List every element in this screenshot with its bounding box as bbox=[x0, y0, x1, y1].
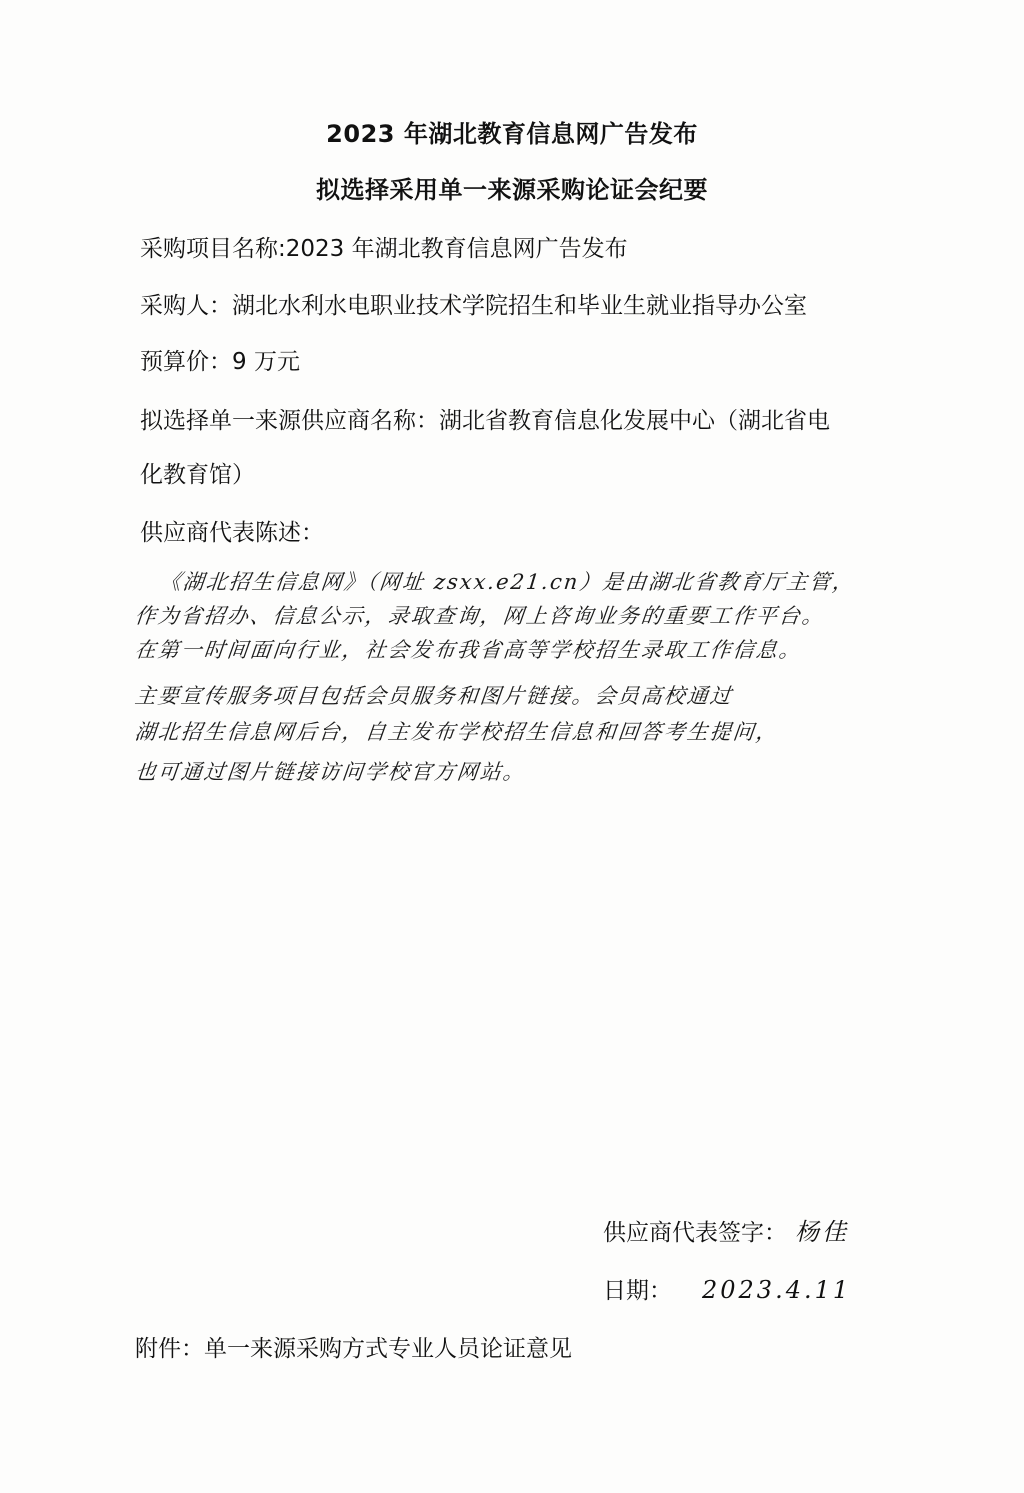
document-title-line2: 拟选择采用单一来源采购论证会纪要 bbox=[0, 170, 1024, 205]
attachment-note: 附件：单一来源采购方式专业人员论证意见 bbox=[135, 1330, 572, 1363]
signature-label: 供应商代表签字： bbox=[603, 1220, 787, 1246]
handwritten-line: 湖北招生信息网后台，自主发布学校招生信息和回答考生提问， bbox=[133, 716, 780, 746]
supplier-field-line2: 化教育馆） bbox=[140, 456, 255, 489]
signature-name: 杨佳 bbox=[795, 1218, 849, 1246]
document-page: 2023 年湖北教育信息网广告发布 拟选择采用单一来源采购论证会纪要 采购项目名… bbox=[0, 0, 1024, 1493]
budget-field: 预算价：9 万元 bbox=[140, 343, 300, 376]
document-title-line1: 2023 年湖北教育信息网广告发布 bbox=[0, 114, 1024, 149]
handwritten-line: 主要宣传服务项目包括会员服务和图片链接。会员高校通过 bbox=[133, 680, 734, 710]
handwritten-line: 《湖北招生信息网》（网址 zsxx.e21.cn）是由湖北省教育厅主管， bbox=[158, 566, 857, 596]
handwritten-line: 作为省招办、信息公示，录取查询，网上咨询业务的重要工作平台。 bbox=[133, 600, 826, 630]
signature-row: 供应商代表签字：杨佳 bbox=[603, 1212, 849, 1247]
date-label: 日期： bbox=[603, 1278, 672, 1304]
supplier-field-line1: 拟选择单一来源供应商名称：湖北省教育信息化发展中心（湖北省电 bbox=[140, 402, 830, 435]
statement-label: 供应商代表陈述： bbox=[140, 514, 324, 547]
date-row: 日期：2023.4.11 bbox=[603, 1272, 851, 1305]
project-name-field: 采购项目名称:2023 年湖北教育信息网广告发布 bbox=[140, 230, 628, 263]
handwritten-line: 也可通过图片链接访问学校官方网站。 bbox=[133, 756, 527, 786]
handwritten-line: 在第一时间面向行业，社会发布我省高等学校招生录取工作信息。 bbox=[133, 634, 803, 664]
purchaser-field: 采购人：湖北水利水电职业技术学院招生和毕业生就业指导办公室 bbox=[140, 287, 807, 320]
date-value: 2023.4.11 bbox=[702, 1276, 851, 1304]
